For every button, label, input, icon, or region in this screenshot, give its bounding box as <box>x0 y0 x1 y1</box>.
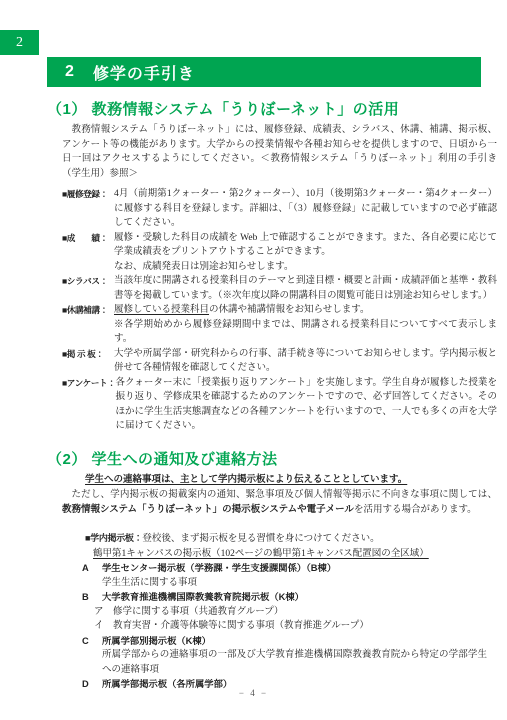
board-item-desc: 学生生活に関する事項 <box>102 576 487 591</box>
chapter-tab-number: 2 <box>16 35 23 51</box>
board-item-title-row: B大学教育推進機構国際教養教育院掲示板（K棟） <box>82 590 497 605</box>
board-item-title-row: A学生センター掲示板（学務課・学生支援課関係）（B棟） <box>82 561 497 576</box>
list-item-bulletin-board: ■掲 示 板： 大学や所属学部・研究科からの行事、諸手続き等についてお知らせしま… <box>62 347 497 376</box>
board-sub-item: イ 教育実習・介護等体験等に関する事項（教育推進グループ） <box>94 619 497 634</box>
board-item-letter: A <box>82 561 102 576</box>
board-item-letter: C <box>82 634 102 649</box>
section1-definition-list: ■履修登録： 4月（前期第1クォーター・第2クォーター）、10月（後期第3クォー… <box>62 187 497 434</box>
section1-heading: （1） 教務情報システム「うりぼーネット」の活用 <box>47 98 497 119</box>
section2-heading: （2） 学生への通知及び連絡方法 <box>47 448 497 469</box>
board-item-desc: 所属学部からの連絡事項の一部及び大学教育推進機構国際教養教育院から特定の学部学生… <box>102 648 487 677</box>
term-label: ■履修登録： <box>62 187 114 231</box>
section2-paragraph: ただし、学内掲示板の掲載案内の通知、緊急事項及び個人情報等掲示に不向きな事項に関… <box>62 488 497 517</box>
paragraph-bold-text: 教務情報システム「うりぼーネット」の掲示板システムや電子メール <box>62 504 354 515</box>
board-item-title-row: C所属学部別掲示板（K棟） <box>82 634 497 649</box>
term-description: 当該年度に開講される授業科目のテーマと到達目標・概要と計画・成績評価と基準・教科… <box>114 274 497 303</box>
board-item-title: 大学教育推進機構国際教養教育院掲示板（K棟） <box>102 592 304 602</box>
campus-board-label-text: 登校後、まず掲示板を見る習慣を身につけてください。 <box>142 534 379 544</box>
term-description-note: ※各学期始めから履修登録期間中までは、開講される授業科目についてすべて表示します… <box>114 318 497 347</box>
board-item-c: C所属学部別掲示板（K棟） 所属学部からの連絡事項の一部及び大学教育推進機構国際… <box>82 634 497 678</box>
board-item-letter: B <box>82 590 102 605</box>
handbook-page: 2 2 修学の手引き （1） 教務情報システム「うりぼーネット」の活用 教務情報… <box>0 0 507 720</box>
term-label: ■掲 示 板： <box>62 347 114 376</box>
bulletin-board-section: ■学内掲示板：登校後、まず掲示板を見る習慣を身につけてください。 鶴甲第1キャン… <box>85 531 497 692</box>
chapter-tab: 2 <box>0 30 39 55</box>
list-item-course-registration: ■履修登録： 4月（前期第1クォーター・第2クォーター）、10月（後期第3クォー… <box>62 187 497 231</box>
chapter-heading-bar: 2 修学の手引き <box>47 57 481 87</box>
campus-board-label: ■学内掲示板： <box>85 533 142 543</box>
board-item-title: 所属学部別掲示板（K棟） <box>102 636 211 646</box>
board-item-a: A学生センター掲示板（学務課・学生支援課関係）（B棟） 学生生活に関する事項 <box>82 561 497 590</box>
campus-note: 鶴甲第1キャンパスの掲示板（102ページの鶴甲第1キャンパス配置図の全区域） <box>93 547 497 562</box>
term-description: 各クォーター末に「授業振り返りアンケート」を実施します。学生自身が履修した授業を… <box>115 376 497 434</box>
page-content: （1） 教務情報システム「うりぼーネット」の活用 教務情報システム「うりぼーネッ… <box>0 92 507 692</box>
board-sub-item: ア 修学に関する事項（共通教育グループ） <box>94 605 497 620</box>
section1-intro: 教務情報システム「うりぼーネット」には、履修登録、成績表、シラバス、休講、補講、… <box>62 123 497 181</box>
term-description: 大学や所属学部・研究科からの行事、諸手続き等についてお知らせします。学内掲示板と… <box>114 347 497 376</box>
term-description-note: なお、成績発表日は別途お知らせします。 <box>114 260 497 275</box>
term-label: ■休講補講： <box>62 303 114 347</box>
term-label: ■アンケート： <box>62 376 115 434</box>
term-label: ■成 績： <box>62 231 114 275</box>
list-item-class-cancellation: ■休講補講： 履修している授業科目の休講や補講情報をお知らせします。 ※各学期始… <box>62 303 497 347</box>
term-description: 履修・受験した科目の成績を Web 上で確認することができます。また、各自必要に… <box>114 231 497 275</box>
term-description: 4月（前期第1クォーター・第2クォーター）、10月（後期第3クォーター・第4クォ… <box>114 187 497 231</box>
page-number: − 4 − <box>0 688 507 698</box>
list-item-grades: ■成 績： 履修・受験した科目の成績を Web 上で確認することができます。また… <box>62 231 497 275</box>
board-item-b: B大学教育推進機構国際教養教育院掲示板（K棟） ア 修学に関する事項（共通教育グ… <box>82 590 497 634</box>
board-item-title: 学生センター掲示板（学務課・学生支援課関係）（B棟） <box>102 563 336 573</box>
term-description-text: の休講や補講情報をお知らせします。 <box>209 305 369 315</box>
chapter-number: 2 <box>65 63 75 81</box>
term-description: 履修している授業科目の休講や補講情報をお知らせします。 ※各学期始めから履修登録… <box>114 303 497 347</box>
list-item-syllabus: ■シラバス： 当該年度に開講される授業科目のテーマと到達目標・概要と計画・成績評… <box>62 274 497 303</box>
underlined-phrase: 履修している授業科目 <box>114 305 209 315</box>
paragraph-text: ただし、学内掲示板の掲載案内の通知、緊急事項及び個人情報等掲示に不向きな事項に関… <box>72 490 498 500</box>
section2-lead: 学生への連絡事項は、主として学内掲示板により伝えることとしています。 <box>85 473 497 488</box>
campus-board-header: ■学内掲示板：登校後、まず掲示板を見る習慣を身につけてください。 鶴甲第1キャン… <box>85 531 497 561</box>
paragraph-text-end: を活用する場合があります。 <box>354 505 477 515</box>
list-item-questionnaire: ■アンケート： 各クォーター末に「授業振り返りアンケート」を実施します。学生自身… <box>62 376 497 434</box>
term-label: ■シラバス： <box>62 274 114 303</box>
term-description-text: 履修・受験した科目の成績を Web 上で確認することができます。また、各自必要に… <box>114 233 497 258</box>
chapter-title: 修学の手引き <box>93 61 195 84</box>
